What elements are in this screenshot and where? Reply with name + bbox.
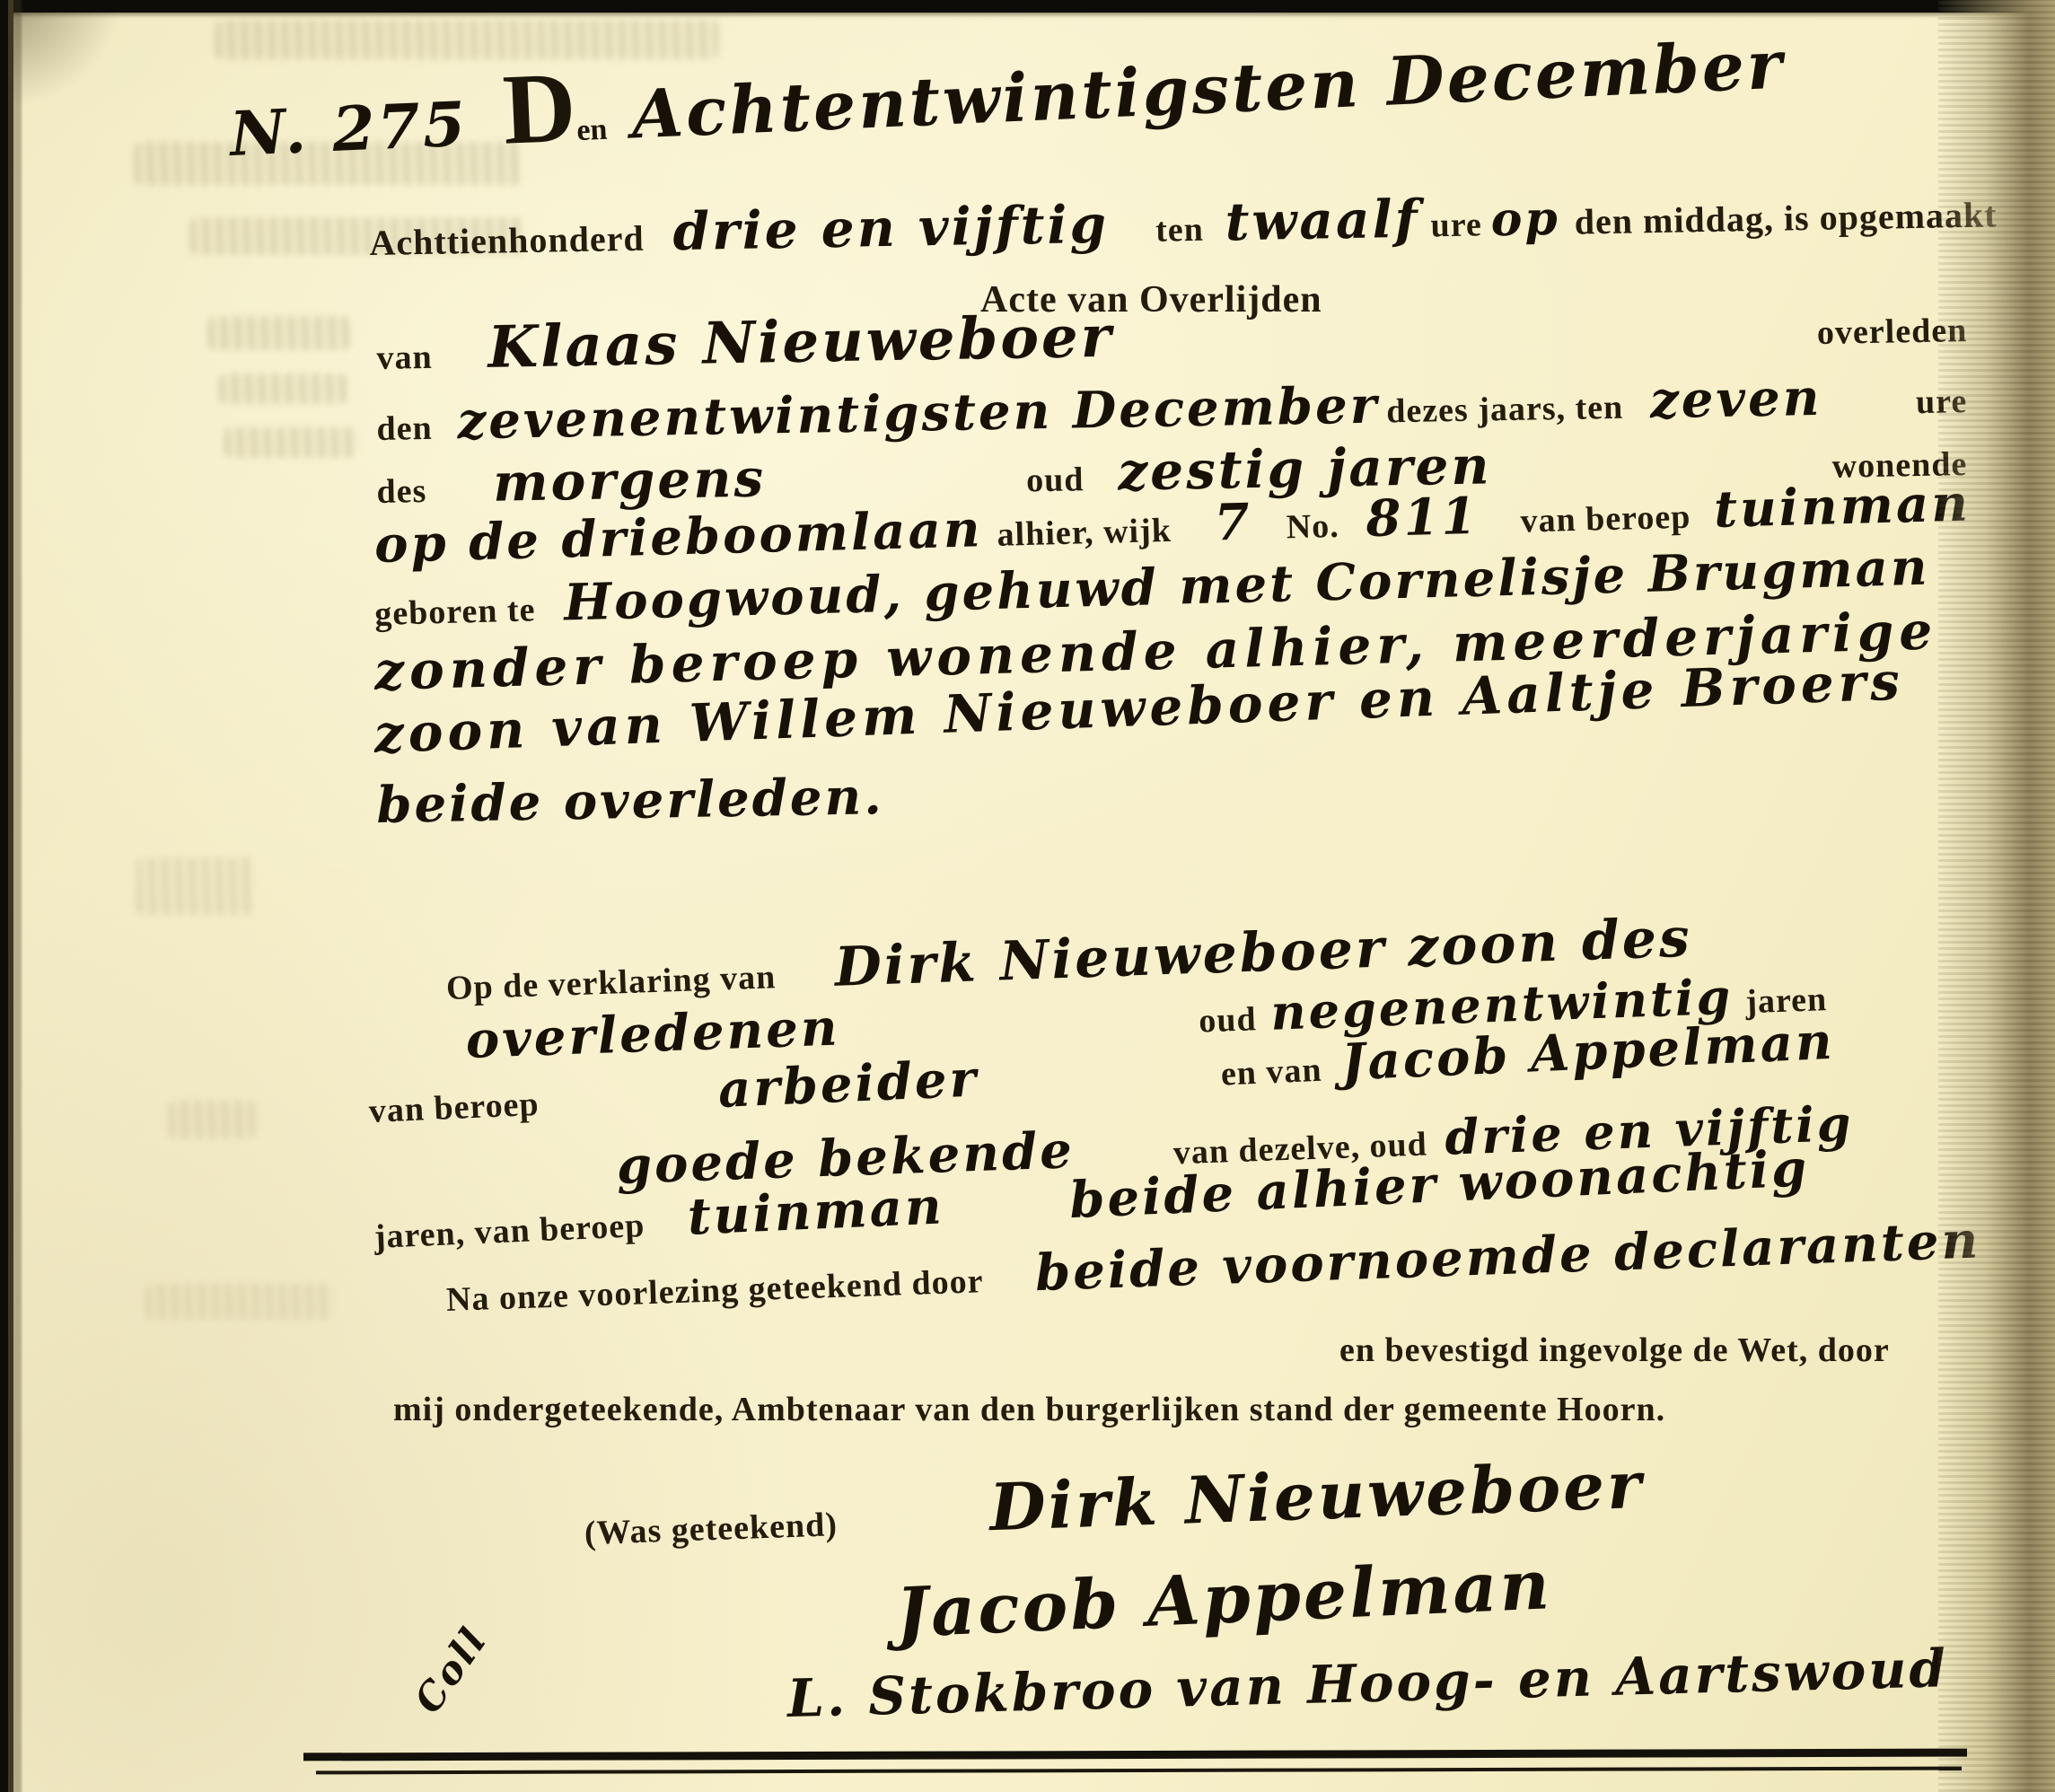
handwritten-text: N. 275 xyxy=(228,89,469,171)
printed-text: (Was geteekend) xyxy=(584,1505,838,1553)
printed-text: mij ondergeteekende, Ambtenaar van den b… xyxy=(393,1390,1665,1429)
handwritten-text: Jacob Appelman xyxy=(894,1544,1553,1653)
handwritten-text: op xyxy=(1490,191,1560,247)
handwritten-text: Dirk Nieuweboer xyxy=(988,1446,1645,1545)
printed-text: en bevestigd ingevolge de Wet, door xyxy=(1339,1331,1890,1370)
printed-text: van xyxy=(376,338,433,378)
printed-text: van beroep xyxy=(368,1085,540,1131)
handwritten-text: Achtentwintigsten December xyxy=(630,26,1787,154)
handwritten-text: 7 xyxy=(1214,492,1253,552)
line-confirmation: en bevestigd ingevolge de Wet, door xyxy=(1339,1331,1890,1370)
document-lines: N. 275DenAchtentwintigsten DecemberAchtt… xyxy=(0,0,2055,1792)
printed-text: des xyxy=(376,471,427,512)
handwritten-text: L. Stokbroo van Hoog- en Aartswoud xyxy=(786,1638,1949,1729)
line-parents-status: beide overleden. xyxy=(376,767,884,835)
handwritten-text: 811 xyxy=(1366,487,1480,549)
printed-text: oud xyxy=(1199,999,1258,1041)
handwritten-text: tuinman xyxy=(686,1176,944,1246)
printed-text: Achttienhonderd xyxy=(369,217,645,264)
line-year-time: Achttienhonderddrie en vijftigtentwaalfu… xyxy=(369,178,1998,268)
page-edge-top xyxy=(0,0,2055,13)
handwritten-text: twaalf xyxy=(1225,189,1420,253)
handwritten-text: zeven xyxy=(1649,368,1822,430)
death-certificate-page: { "document": { "kind": "civil registry … xyxy=(0,0,2055,1792)
line-act-number-date: N. 275DenAchtentwintigsten December xyxy=(228,18,1787,171)
printed-text: No. xyxy=(1286,506,1339,548)
handwritten-text: drie en vijftig xyxy=(672,194,1110,262)
handwritten-text: beide overleden. xyxy=(376,767,884,835)
printed-text: Na onze voorlezing geteekend door xyxy=(445,1261,984,1320)
printed-text: alhier, wijk xyxy=(997,511,1172,555)
handwritten-text: tuinman xyxy=(1713,473,1971,539)
printed-text: dezes jaars, ten xyxy=(1386,388,1624,432)
printed-text: Den xyxy=(502,70,609,152)
printed-text: ten xyxy=(1155,210,1204,250)
handwritten-text: arbeider xyxy=(717,1049,980,1120)
printed-text: ure xyxy=(1430,205,1482,245)
handwritten-text: Klaas Nieuweboer xyxy=(487,303,1114,382)
printed-text: en van xyxy=(1220,1050,1322,1094)
printed-text: jaren, van beroep xyxy=(373,1206,645,1257)
printed-text: oud xyxy=(1026,460,1085,500)
signature-jacob-appelman: Jacob Appelman xyxy=(894,1544,1553,1653)
printed-text: den middag, is opgemaakt xyxy=(1574,193,1997,242)
handwritten-text: Coll xyxy=(406,1619,496,1721)
line-was-signed: (Was geteekend)Dirk Nieuweboer xyxy=(583,1446,1645,1559)
printed-text: Op de verklaring van xyxy=(445,957,777,1008)
collation-mark: Coll xyxy=(406,1619,496,1721)
handwritten-text: morgens xyxy=(493,447,767,513)
signature-registrar: L. Stokbroo van Hoog- en Aartswoud xyxy=(786,1638,1949,1729)
printed-text: geboren te xyxy=(374,590,536,634)
page-edge-left xyxy=(0,0,23,1792)
page-edge-right xyxy=(1938,0,2055,1792)
printed-text: den xyxy=(376,408,433,449)
line-registrar: mij ondergeteekende, Ambtenaar van den b… xyxy=(393,1390,1665,1429)
printed-text: van beroep xyxy=(1520,497,1691,541)
